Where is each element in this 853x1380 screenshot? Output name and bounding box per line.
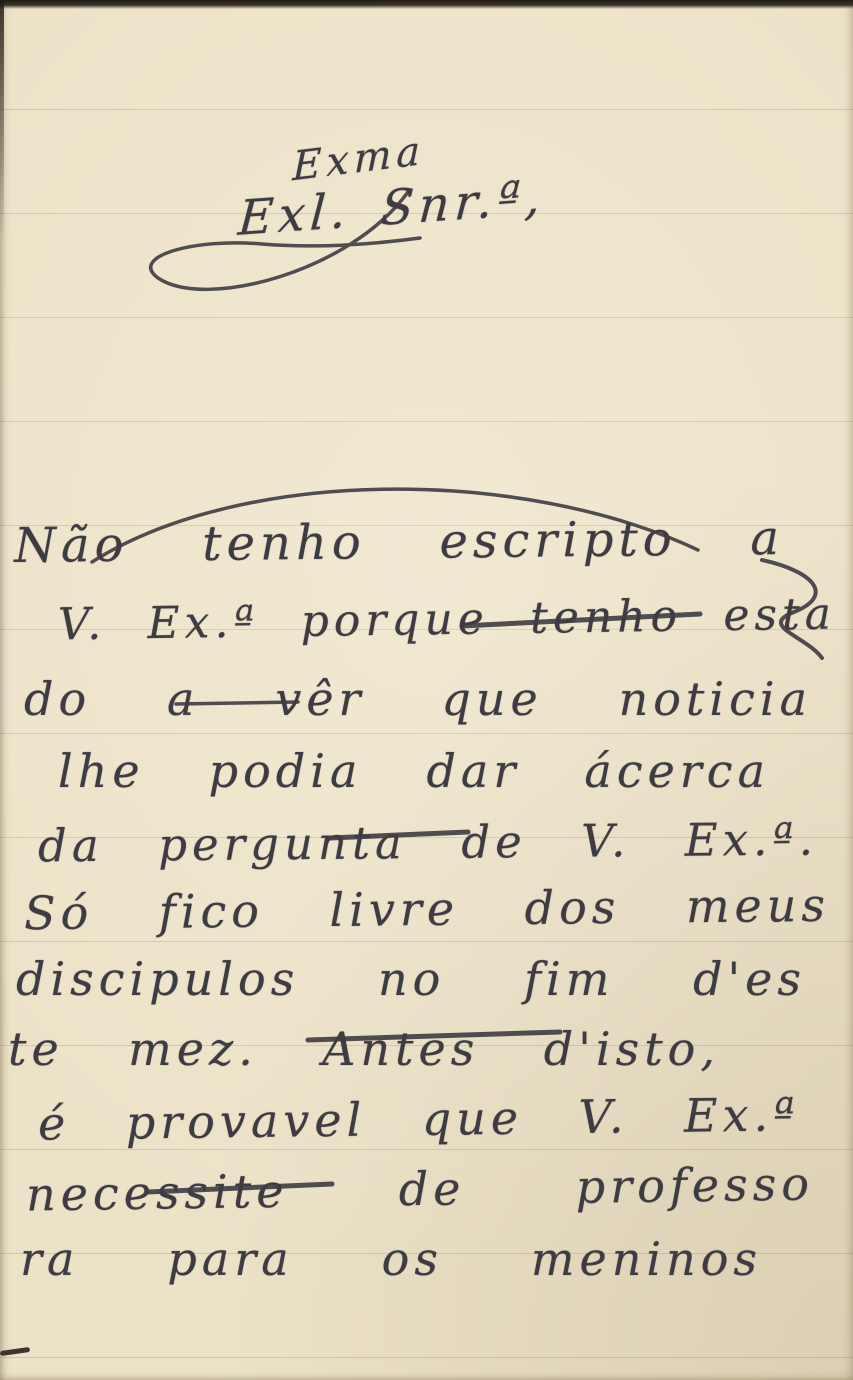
handwriting-line: te mez. Antes d'isto,	[8, 1022, 720, 1076]
scan-top-edge	[0, 0, 853, 9]
handwriting-line: é provavel que V. Ex.ª	[38, 1087, 801, 1150]
handwriting-line: Só fico livre dos meus	[24, 878, 831, 940]
scan-mark	[0, 1347, 30, 1356]
handwriting-line: ra para os meninos	[20, 1232, 762, 1286]
handwriting-line: do a vêr que noticia	[24, 672, 812, 726]
letter-scan: Exma Exl. Snr.ª, Não tenho escripto a V.…	[0, 0, 853, 1380]
handwriting-line: lhe podia dar ácerca	[58, 744, 770, 798]
handwriting-line: necessite de professo	[26, 1157, 815, 1222]
scan-left-edge	[0, 0, 4, 240]
handwriting-line: discipulos no fim d'es	[16, 952, 806, 1006]
handwriting-line: V. Ex.ª porque tenho esta	[58, 589, 837, 651]
salutation-line: Exl. Snr.ª,	[236, 169, 547, 247]
handwriting-line: Não tenho escripto a	[14, 510, 785, 574]
handwriting-line: da pergunta de V. Ex.ª.	[38, 813, 818, 873]
